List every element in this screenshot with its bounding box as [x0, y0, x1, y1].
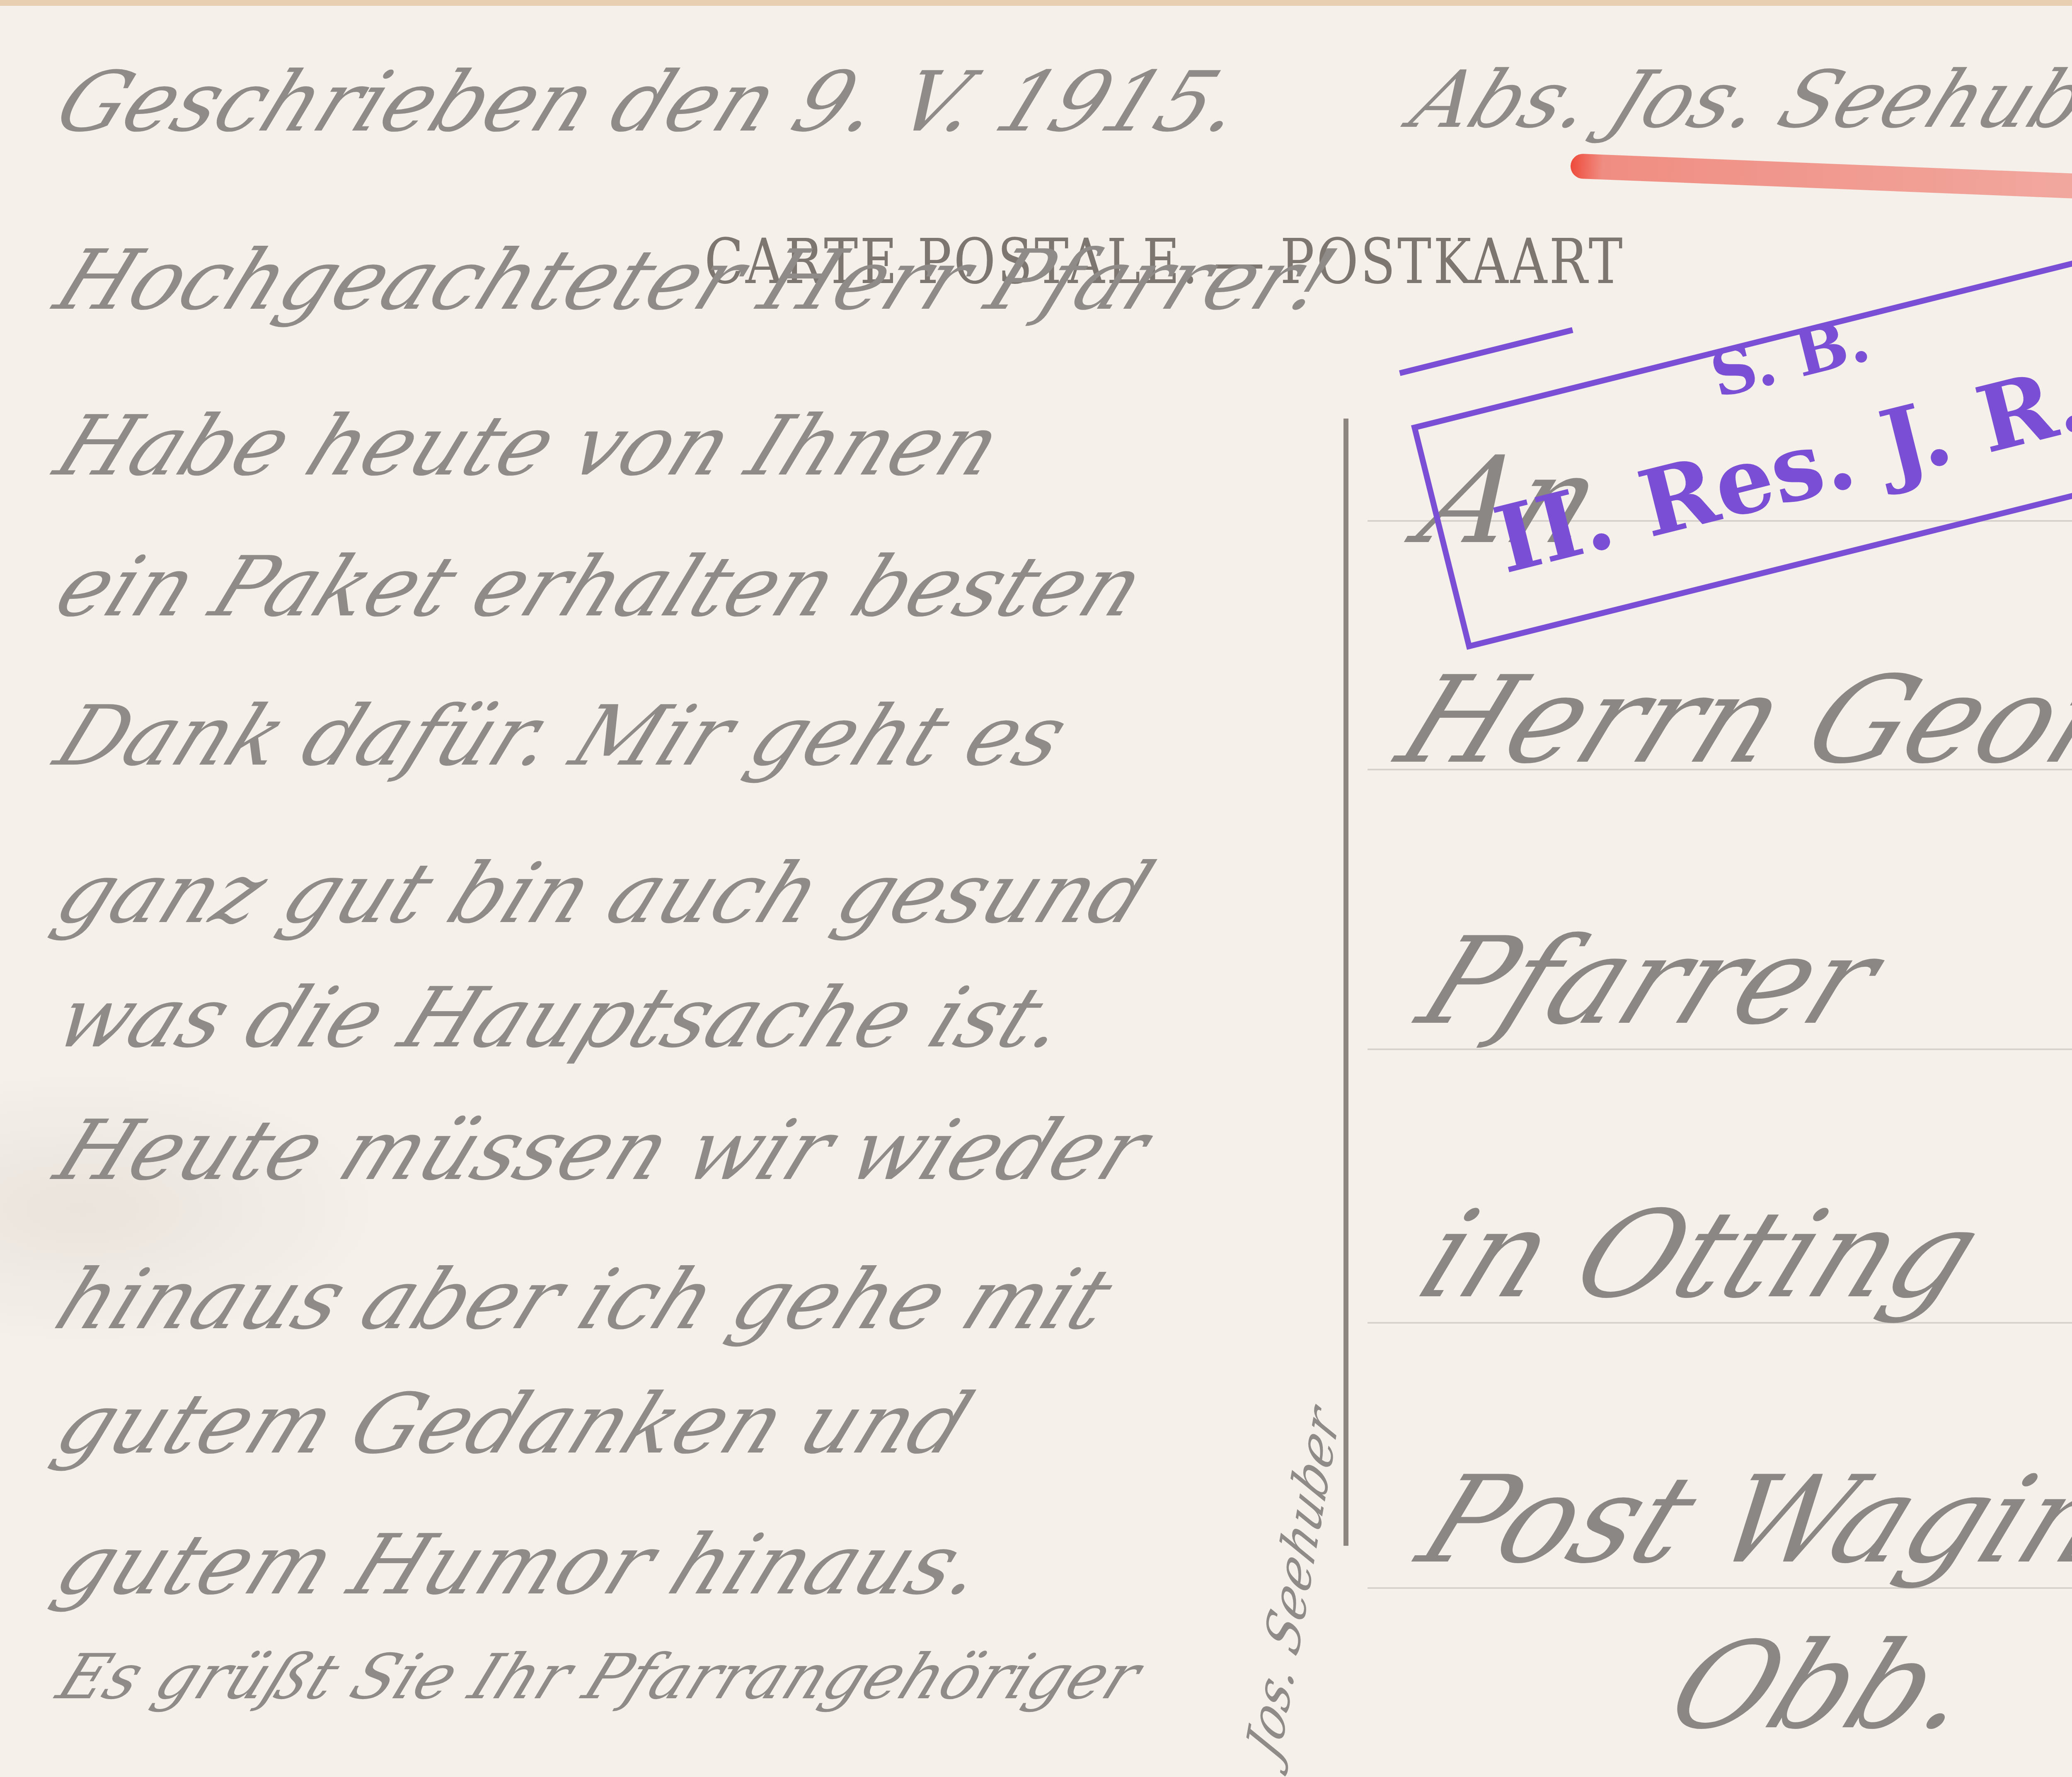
message-line: Habe heute von Ihnen: [43, 398, 1015, 494]
message-line: Hochgeachteter Herr Pfarrer!: [43, 232, 1350, 329]
message-line: Es grüßt Sie Ihr Pfarrangehöriger: [48, 1641, 1151, 1713]
message-line: Heute müssen wir wieder: [43, 1102, 1162, 1199]
message-line: Dank dafür. Mir geht es: [43, 688, 1081, 784]
stamp-top-line: [1399, 327, 1573, 376]
message-line: gutem Humor hinaus.: [43, 1517, 1000, 1613]
message-line: hinaus aber ich gehe mit: [43, 1252, 1126, 1348]
message-line: Geschrieben den 9. V. 1915.: [43, 54, 1259, 150]
paper-top-edge: [0, 0, 2072, 6]
sender-line: Abs. Jos. Seehuber Res. Inf. Rgt.: [1399, 54, 2072, 145]
message-line: ganz gut bin auch gesund: [43, 845, 1166, 942]
stamp-line-1: S. B.: [1704, 303, 1877, 412]
side-signature: Jos. Seehuber: [1237, 1396, 1350, 1770]
message-line: gutem Gedanken und: [43, 1376, 985, 1472]
address-line: Pfarrer: [1402, 912, 1898, 1051]
message-line: ein Paket erhalten besten: [43, 539, 1158, 635]
address-line: Obb.: [1650, 1616, 1997, 1756]
stamp-line-2: II. Res. J. R. No. 1: [1484, 271, 2072, 594]
red-crayon-strike: [1570, 153, 2072, 221]
address-line: Herrn Georg Binder: [1381, 651, 2072, 790]
message-line: was die Hauptsache ist.: [43, 970, 1083, 1066]
address-line: Post Waging: [1402, 1450, 2072, 1590]
postcard-back: CARTE POSTALE.—POSTKAART Geschrieben den…: [0, 0, 2072, 1777]
center-divider-line: [1343, 419, 1348, 1546]
address-line: in Otting: [1402, 1185, 2000, 1325]
